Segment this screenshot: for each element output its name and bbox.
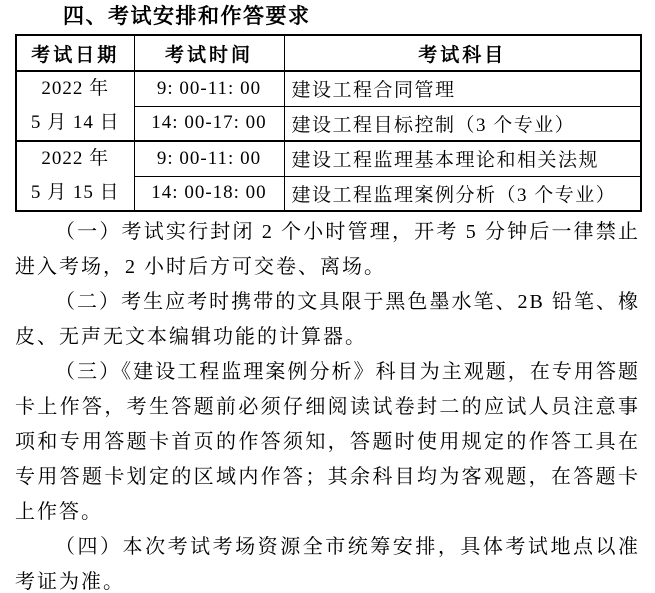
exam-subject-cell: 建设工程合同管理 (284, 71, 641, 106)
exam-schedule-table: 考试日期 考试时间 考试科目 2022 年 5 月 14 日 9: 00-11:… (15, 34, 642, 212)
column-header-exam-time: 考试时间 (134, 35, 284, 71)
exam-time-cell: 9: 00-11: 00 (134, 71, 284, 106)
requirements-text: （一）考试实行封闭 2 个小时管理，开考 5 分钟后一律禁止进入考场，2 小时后… (15, 215, 640, 593)
column-header-exam-date: 考试日期 (16, 35, 134, 71)
paragraph-rule-4: （四）本次考试考场资源全市统筹安排，具体考试地点以准考证为准。 (15, 530, 640, 593)
column-header-exam-subject: 考试科目 (284, 35, 641, 71)
exam-date-cell-may14: 2022 年 5 月 14 日 (16, 71, 134, 141)
exam-date-year: 2022 年 (17, 72, 134, 106)
exam-date-day: 5 月 14 日 (17, 106, 134, 140)
paragraph-rule-3: （三）《建设工程监理案例分析》科目为主观题，在专用答题卡上作答，考生答题前必须仔… (15, 355, 640, 530)
exam-subject-cell: 建设工程监理基本理论和相关法规 (284, 141, 641, 176)
table-row-may14-morning: 2022 年 5 月 14 日 9: 00-11: 00 建设工程合同管理 (16, 71, 641, 106)
exam-subject-cell: 建设工程监理案例分析（3 个专业） (284, 176, 641, 211)
exam-date-year: 2022 年 (17, 142, 134, 176)
table-header-row: 考试日期 考试时间 考试科目 (16, 35, 641, 71)
exam-date-day: 5 月 15 日 (17, 176, 134, 210)
exam-date-cell-may15: 2022 年 5 月 15 日 (16, 141, 134, 211)
document-page: 四、考试安排和作答要求 考试日期 考试时间 考试科目 2022 年 5 月 14… (0, 0, 655, 593)
exam-subject-cell: 建设工程目标控制（3 个专业） (284, 106, 641, 141)
exam-time-cell: 14: 00-17: 00 (134, 106, 284, 141)
paragraph-rule-1: （一）考试实行封闭 2 个小时管理，开考 5 分钟后一律禁止进入考场，2 小时后… (15, 215, 640, 285)
table-row-may15-morning: 2022 年 5 月 15 日 9: 00-11: 00 建设工程监理基本理论和… (16, 141, 641, 176)
paragraph-rule-2: （二）考生应考时携带的文具限于黑色墨水笔、2B 铅笔、橡皮、无声无文本编辑功能的… (15, 285, 640, 355)
exam-time-cell: 9: 00-11: 00 (134, 141, 284, 176)
exam-time-cell: 14: 00-18: 00 (134, 176, 284, 211)
section-title: 四、考试安排和作答要求 (15, 4, 640, 30)
